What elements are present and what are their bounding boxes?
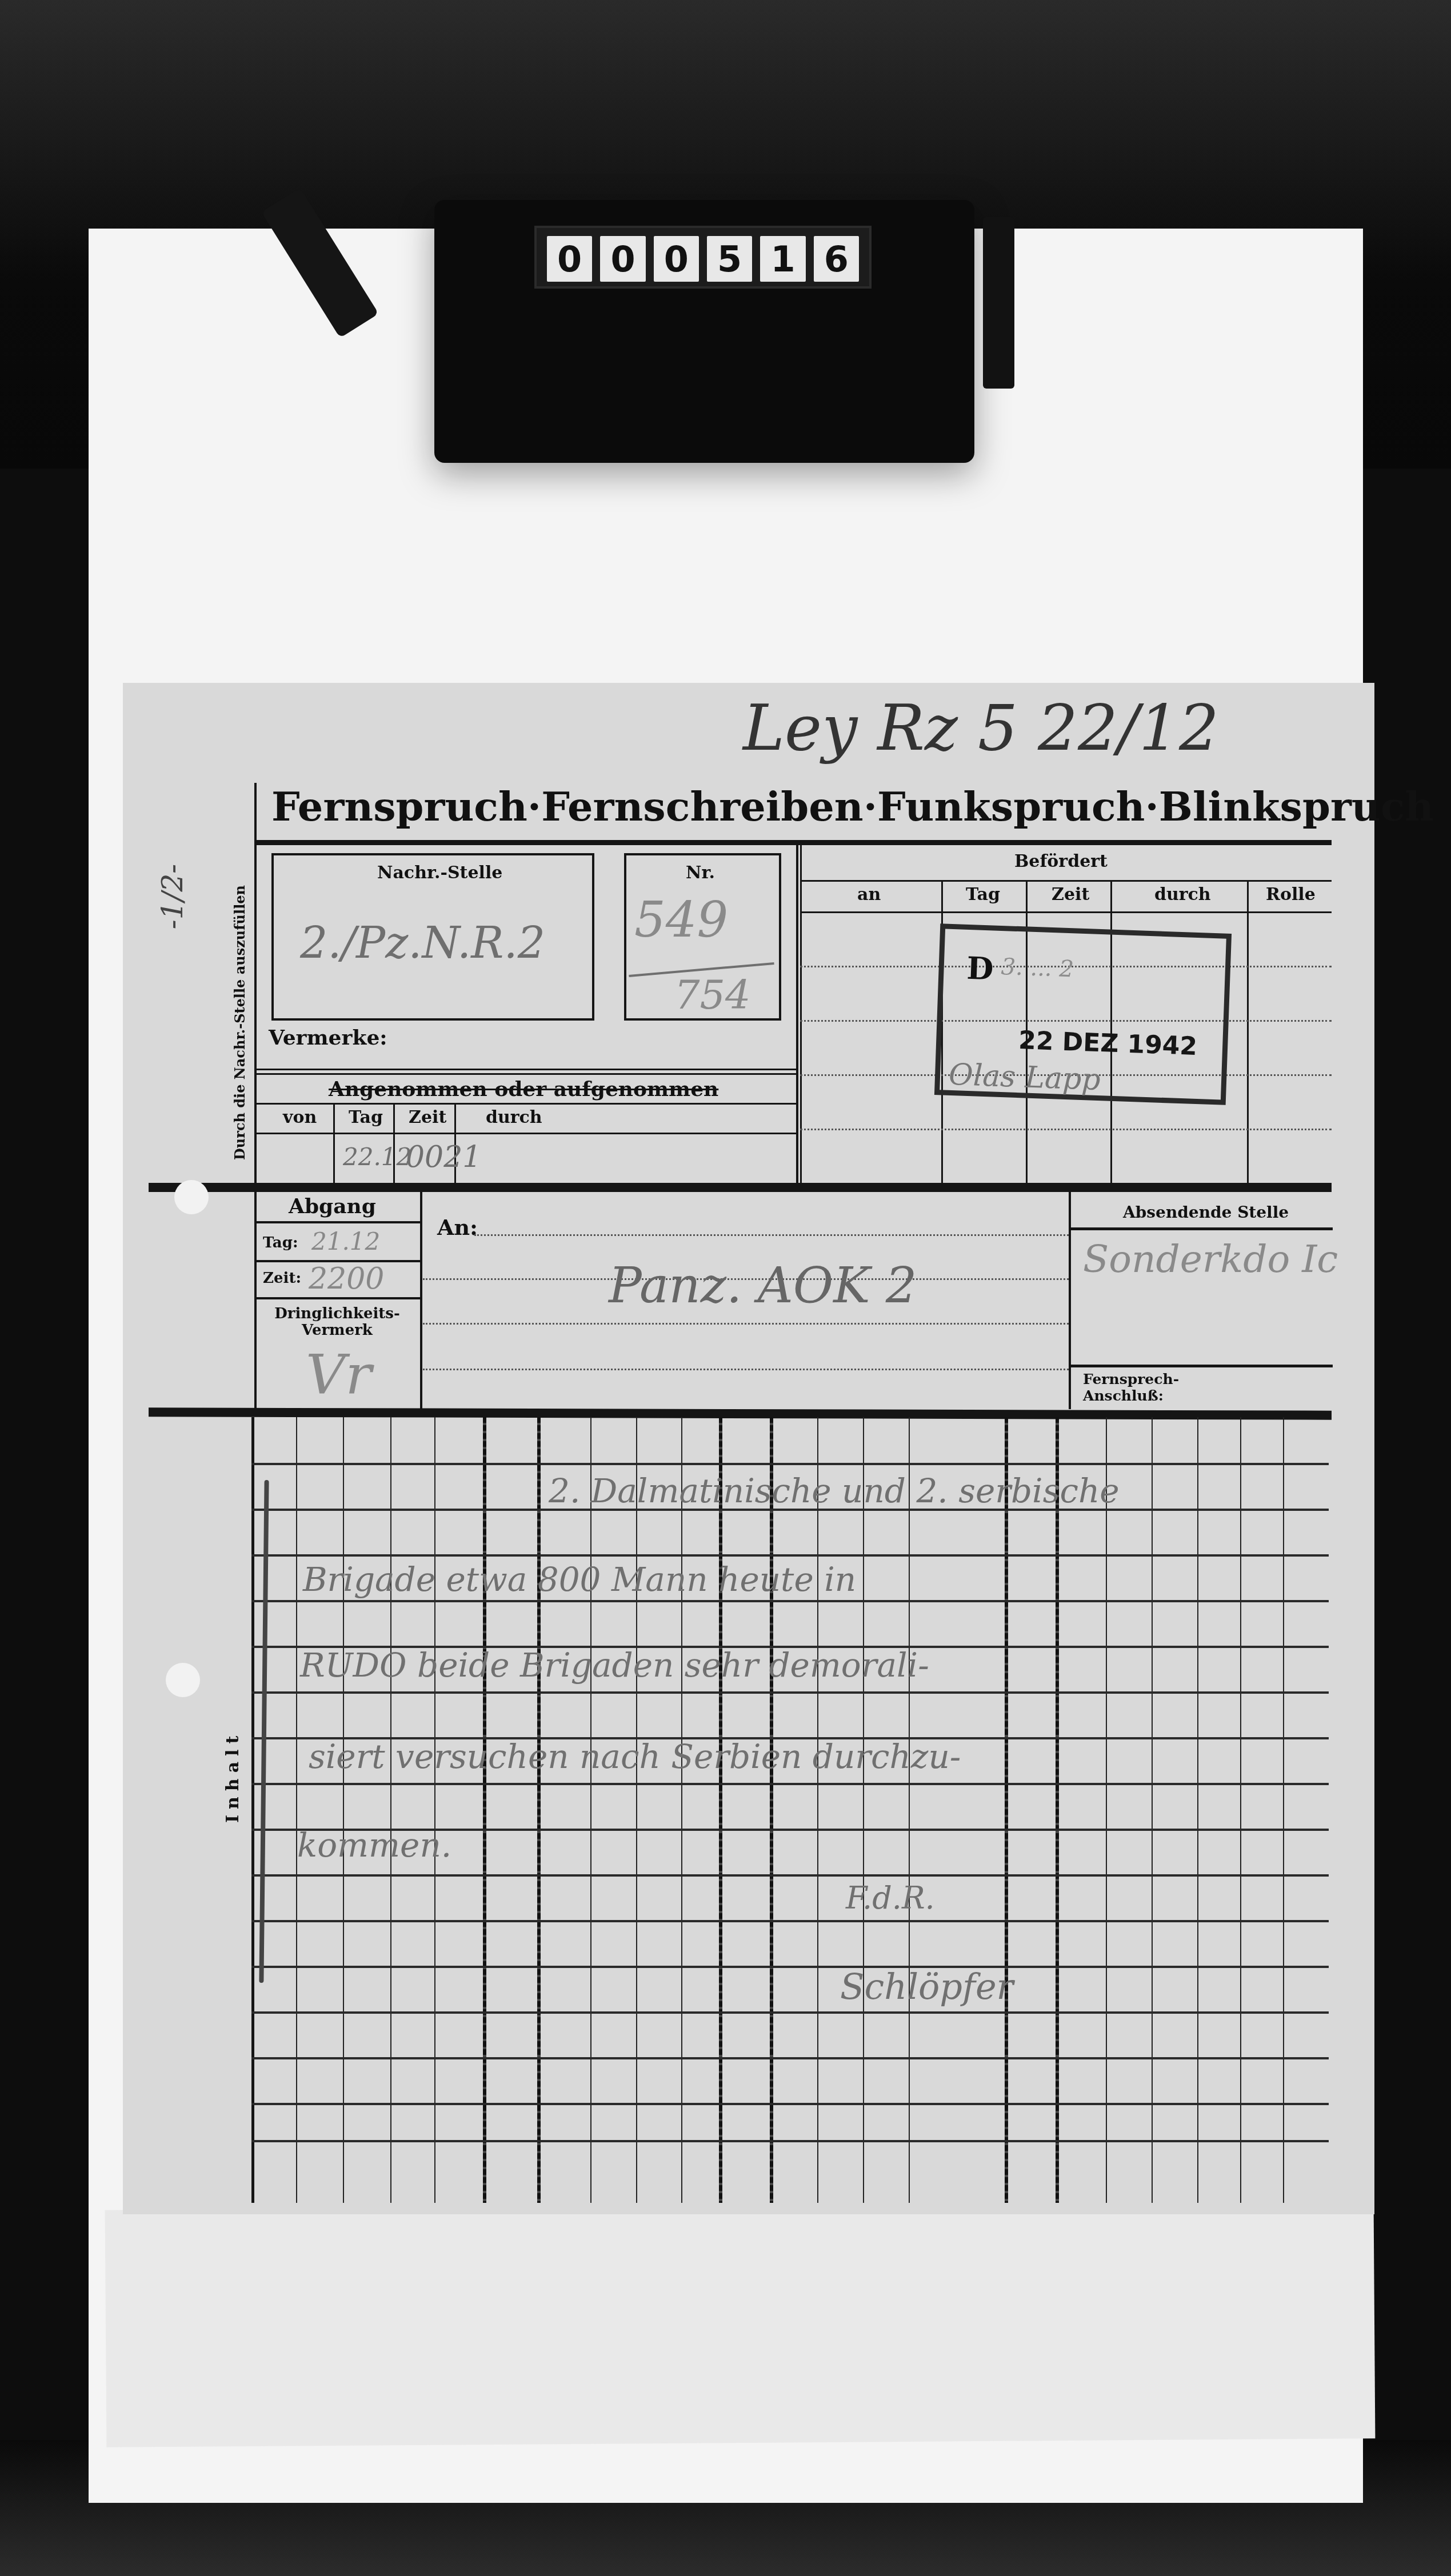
nr-value: 549 (634, 891, 728, 949)
an-label: An: (437, 1214, 478, 1240)
angenommen-col-zeit: Zeit (409, 1107, 446, 1127)
received-stamp: D 3. ... 2 22 DEZ 1942 Olas Lapp (934, 923, 1232, 1105)
nachr-stelle-value: 2./Pz.N.R.2 (300, 917, 545, 968)
stamp-signature: Olas Lapp (948, 1058, 1101, 1097)
grid-column (1197, 1417, 1198, 2203)
divider (254, 1221, 421, 1223)
abgang-tag-label: Tag: (263, 1234, 298, 1251)
divider (1069, 1192, 1071, 1409)
form-title: Fernspruch·Fernschreiben·Funkspruch·Blin… (271, 783, 1434, 830)
divider (254, 1073, 797, 1075)
befoerdert-col-tag: Tag (966, 885, 1000, 905)
divider (254, 1133, 797, 1134)
backing-sheet-bottom (105, 2201, 1376, 2447)
counter-digit: 6 (814, 236, 859, 282)
angenommen-col-durch: durch (486, 1107, 542, 1127)
left-border (254, 783, 257, 1183)
grid-row (251, 1783, 1329, 1785)
counter-knob (983, 217, 1014, 389)
counter-digit: 0 (654, 236, 699, 282)
absendende-stelle-value: Sonderkdo Ic (1083, 1237, 1338, 1281)
divider (1070, 1365, 1333, 1367)
vermerke-label: Vermerke: (269, 1026, 387, 1050)
divider (254, 1192, 257, 1409)
grid-column (434, 1417, 435, 2203)
top-handwritten-annotation: Ley Rz 5 22/12 (743, 691, 1219, 765)
grid-row (251, 1463, 1329, 1465)
divider (1247, 880, 1249, 1183)
signature-prefix: F.d.R. (846, 1880, 935, 1916)
grid-column-heavy (1005, 1417, 1008, 2203)
grid-column (681, 1417, 682, 2203)
befoerdert-col-rolle: Rolle (1266, 885, 1316, 905)
grid-row (251, 1966, 1329, 1968)
divider (800, 911, 1332, 913)
dringlichkeit-label: Dringlichkeits-Vermerk (263, 1306, 411, 1338)
grid-column (863, 1417, 864, 2203)
angenommen-col-von: von (283, 1107, 317, 1127)
grid-column (296, 1417, 297, 2203)
grid-column (817, 1417, 818, 2203)
divider (420, 1192, 422, 1409)
grid-row (251, 1920, 1329, 1922)
nr-value-second: 754 (674, 971, 751, 1018)
grid-column (1106, 1417, 1107, 2203)
dotted-row (474, 1234, 1069, 1236)
inhalt-line-3: RUDO beide Brigaden sehr demorali- (300, 1646, 929, 1685)
angenommen-zeit-value: 0021 (406, 1140, 481, 1174)
inhalt-line-5: kommen. (297, 1826, 451, 1865)
divider (251, 1417, 254, 2203)
divider (254, 1297, 421, 1299)
grid-column (909, 1417, 910, 2203)
counter-digit: 0 (600, 236, 645, 282)
befoerdert-col-an: an (857, 885, 881, 905)
side-label: Durch die Nachr.-Stelle auszufüllen (231, 885, 248, 1160)
befoerdert-heading: Befördert (1014, 851, 1108, 871)
grid-column-heavy (1056, 1417, 1059, 2203)
grid-column (1240, 1417, 1241, 2203)
grid-column-heavy (483, 1417, 486, 2203)
inhalt-line-2: Brigade etwa 800 Mann heute in (303, 1560, 856, 1599)
divider (1070, 1227, 1333, 1230)
left-margin-mark: -1/2- (156, 864, 189, 929)
counter-digit: 0 (547, 236, 592, 282)
dringlichkeit-value: Vr (306, 1343, 371, 1407)
grid-column (343, 1417, 344, 2203)
grid-column-heavy (537, 1417, 541, 2203)
grid-row (251, 1554, 1329, 1557)
grid-column (636, 1417, 637, 2203)
abgang-zeit-value: 2200 (309, 1262, 384, 1296)
angenommen-tag-value: 22.12 (343, 1143, 411, 1171)
grid-column-heavy (719, 1417, 722, 2203)
dotted-row (423, 1369, 1069, 1370)
abgang-tag-value: 21.12 (311, 1227, 380, 1255)
inhalt-label: Inhalt (223, 1730, 243, 1823)
inhalt-line-4: siert versuchen nach Serbien durchzu- (309, 1737, 961, 1776)
frame-counter-display: 0 0 0 5 1 6 (534, 226, 872, 289)
grid-row (251, 2140, 1329, 2142)
fernsprech-label: Fernsprech-Anschluß: (1083, 1371, 1174, 1405)
abgang-zeit-label: Zeit: (263, 1270, 301, 1287)
grid-row (251, 1691, 1329, 1694)
abgang-heading: Abgang (289, 1194, 376, 1218)
stamp-letter: D (966, 950, 994, 987)
divider (333, 1103, 335, 1183)
counter-digit: 5 (707, 236, 752, 282)
grid-column (1152, 1417, 1153, 2203)
title-underline (254, 840, 1332, 845)
grid-row (251, 1874, 1329, 1877)
befoerdert-col-durch: durch (1154, 885, 1211, 905)
divider (796, 845, 798, 1183)
signature: Schlöpfer (840, 1966, 1013, 2007)
grid-row (251, 2057, 1329, 2059)
inhalt-line-1: 2. Dalmatinische und 2. serbische (549, 1471, 1120, 1510)
nr-label: Nr. (686, 863, 715, 883)
dotted-row (800, 1129, 1332, 1130)
stamp-date: 22 DEZ 1942 (1018, 1026, 1197, 1061)
grid-column (1283, 1417, 1284, 2203)
divider (800, 880, 1332, 882)
punch-hole (174, 1180, 209, 1214)
an-value: Panz. AOK 2 (609, 1257, 917, 1314)
counter-digit: 1 (760, 236, 805, 282)
divider (800, 845, 802, 1183)
divider (254, 1069, 797, 1070)
divider (254, 1103, 797, 1105)
grid-column (390, 1417, 391, 2203)
grid-row (251, 2103, 1329, 2105)
grid-column (590, 1417, 591, 2203)
befoerdert-col-zeit: Zeit (1052, 885, 1089, 905)
absendende-stelle-label: Absendende Stelle (1123, 1203, 1289, 1222)
angenommen-col-tag: Tag (349, 1107, 383, 1127)
angenommen-heading: Angenommen oder aufgenommen (329, 1077, 718, 1101)
section-separator (149, 1183, 1332, 1192)
grid-column-heavy (770, 1417, 773, 2203)
grid-row (251, 1600, 1329, 1602)
nachr-stelle-label: Nachr.-Stelle (377, 863, 502, 883)
punch-hole (166, 1663, 200, 1697)
grid-row (251, 2011, 1329, 2014)
stamp-handwritten: 3. ... 2 (1001, 954, 1074, 982)
dotted-row (423, 1323, 1069, 1325)
